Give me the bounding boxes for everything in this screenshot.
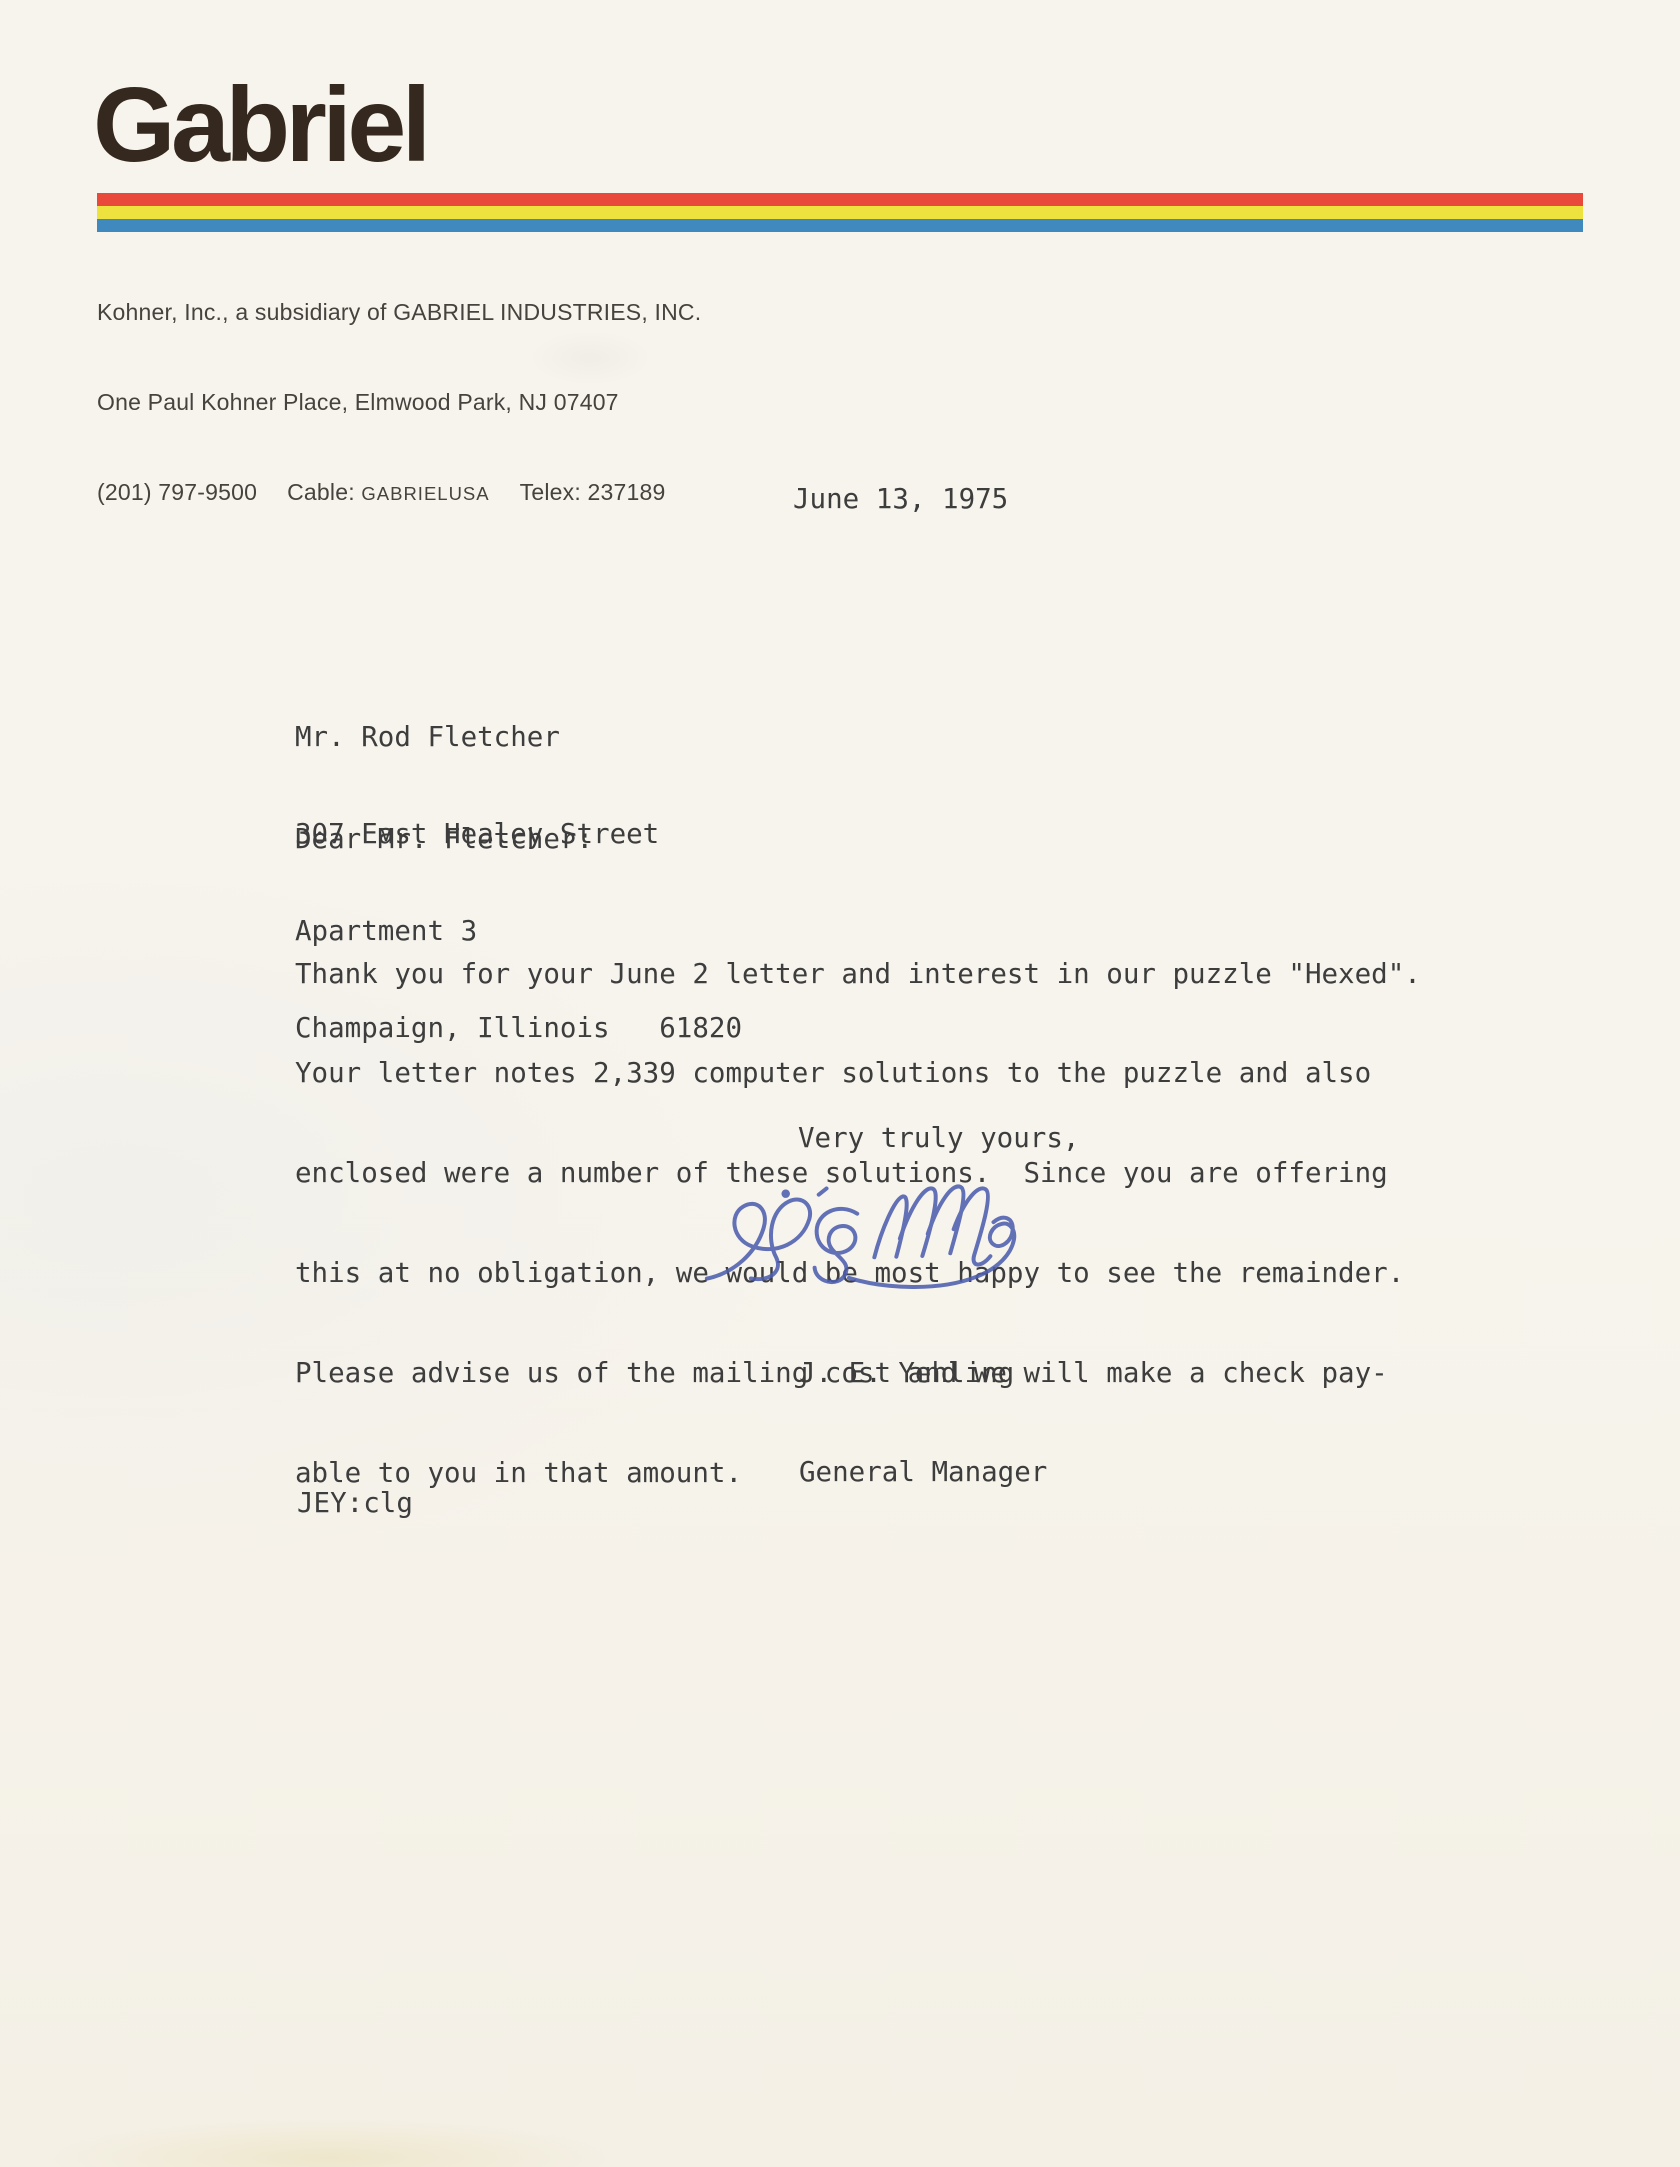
closing-phrase: Very truly yours,	[798, 1122, 1079, 1155]
brand-stripes	[97, 193, 1583, 232]
signer-title: General Manager	[799, 1456, 1047, 1489]
recipient-name: Mr. Rod Fletcher	[295, 721, 742, 753]
body-line: Your letter notes 2,339 computer solutio…	[295, 1057, 1421, 1090]
cable-label: Cable:	[287, 479, 361, 505]
signature-block: J. E. Yehling General Manager	[799, 1290, 1047, 1556]
contact-line: (201) 797-9500Cable: GABRIELUSATelex: 23…	[97, 477, 701, 509]
company-logo: Gabriel	[93, 66, 427, 184]
address-line: One Paul Kohner Place, Elmwood Park, NJ …	[97, 387, 701, 417]
signature-strokes	[705, 1184, 1016, 1293]
body-line: Thank you for your June 2 letter and int…	[295, 958, 1421, 991]
company-line: Kohner, Inc., a subsidiary of GABRIEL IN…	[97, 297, 701, 327]
stripe-blue	[97, 219, 1583, 232]
cable-value: GABRIELUSA	[361, 483, 489, 504]
letterhead-text: Kohner, Inc., a subsidiary of GABRIEL IN…	[97, 237, 701, 569]
letter-page: Gabriel Kohner, Inc., a subsidiary of GA…	[0, 0, 1680, 2167]
reference-initials: JEY:clg	[297, 1487, 413, 1520]
stripe-yellow	[97, 206, 1583, 219]
phone-number: (201) 797-9500	[97, 479, 257, 505]
salutation: Dear Mr. Fletcher:	[295, 823, 593, 856]
letter-date: June 13, 1975	[793, 483, 1008, 516]
stripe-red	[97, 193, 1583, 206]
telex-info: Telex: 237189	[520, 479, 666, 505]
signer-name: J. E. Yehling	[799, 1357, 1047, 1390]
